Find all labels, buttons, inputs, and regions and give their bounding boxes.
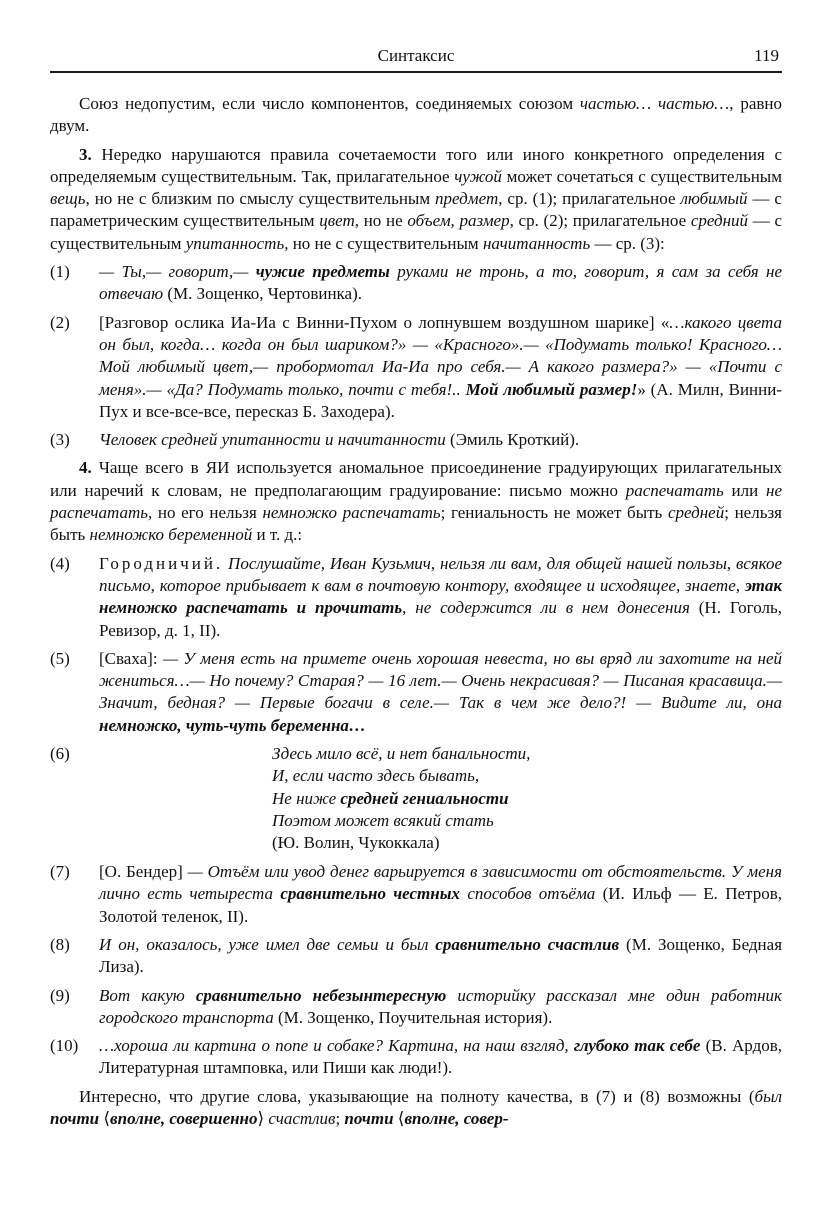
italic-term: частью… частью… [580,94,729,113]
italic-term: распечатать [626,481,724,500]
running-header: Синтаксис 119 [50,46,782,70]
highlight: почти [344,1109,393,1128]
example-number: (4) [50,553,70,575]
highlight: сравнительно счастлив [435,935,619,954]
italic-term: цвет [319,211,354,230]
italic-term: счастлив [268,1109,335,1128]
source: (Эмиль Кроткий). [446,430,579,449]
example-number: (10) [50,1035,78,1057]
paragraph-conjunction-note: Союз недопустим, если число компонентов,… [50,93,782,138]
text: ⟩ [258,1109,269,1128]
paragraph-closing: Интересно, что другие слова, указывающие… [50,1086,782,1131]
quote: , не содержится ли в нем донесения [402,598,690,617]
example-number: (2) [50,312,70,334]
page-body: Союз недопустим, если число компонентов,… [50,93,782,1136]
highlight: Мой любимый размер! [466,380,638,399]
highlight: сравнительно честных [280,884,460,903]
italic-term: средний [691,211,748,230]
speaker: Городничий. [99,554,223,573]
running-title: Синтаксис [50,46,782,66]
example-8: (8)И он, оказалось, уже имел две семьи и… [50,934,782,979]
highlight: чужие предметы [256,262,390,281]
quote: И он, оказалось, уже имел две семьи и бы… [99,935,435,954]
example-2: (2)[Разговор ослика Иа-Иа с Винни-Пухом … [50,312,782,423]
text: или [724,481,766,500]
text: , но его нельзя [148,503,262,522]
text: ; гениальность не может быть [441,503,668,522]
example-number: (6) [50,743,70,765]
poem-line: Не ниже [272,789,340,808]
highlight: сравнительно небезынтересную [196,986,446,1005]
poem-line: Здесь мило всё, и нет банальности, [272,744,530,763]
quote: — У меня есть на примете очень хорошая н… [99,649,782,713]
text: и т. д.: [252,525,302,544]
italic-term: объем, размер [407,211,509,230]
example-9: (9)Вот какую сравнительно небезынтересну… [50,985,782,1030]
example-number: (8) [50,934,70,956]
poem-line: Поэтом может всякий стать [272,811,494,830]
text: ⟨ [99,1109,110,1128]
example-4: (4)Городничий. Послушайте, Иван Кузьмич,… [50,553,782,642]
italic-term: любимый [680,189,747,208]
source: (М. Зощенко, Поучительная история). [274,1008,553,1027]
speaker: [Сваха]: [99,649,163,668]
example-10: (10)…хороша ли картина о попе и собаке? … [50,1035,782,1080]
italic-term: вещь [50,189,86,208]
italic-term: немножко распечатать [262,503,440,522]
example-number: (5) [50,648,70,670]
source: (Ю. Волин, Чукоккала) [272,833,440,852]
quote: Человек средней упитанности и начитаннос… [99,430,446,449]
example-7: (7)[О. Бендер] — Отъём или увод денег ва… [50,861,782,928]
example-number: (7) [50,861,70,883]
text: , ср. (2); прилагательное [510,211,691,230]
italic-term: начитанность [483,234,590,253]
italic-term: был [755,1087,782,1106]
text: , но не с близким по смыслу существитель… [86,189,436,208]
example-number: (3) [50,429,70,451]
text: ⟨ [394,1109,405,1128]
italic-term: средней [668,503,724,522]
text: Интересно, что другие слова, указывающие… [79,1087,755,1106]
text: , ср. (1); прилагательное [498,189,680,208]
italic-term: немножко беременной [90,525,253,544]
italic-term: чужой [454,167,502,186]
example-5: (5)[Сваха]: — У меня есть на примете оче… [50,648,782,737]
text: Союз недопустим, если число компонентов,… [79,94,580,113]
highlight: вполне, совер- [404,1109,508,1128]
example-6-poem: (6) Здесь мило всё, и нет банальности, И… [50,743,782,855]
italic-term: предмет [435,189,498,208]
quote: Вот какую [99,986,196,1005]
paragraph-point-3: 3. Нередко нарушаются правила сочетаемос… [50,144,782,255]
text: , но не [355,211,408,230]
context: [Разговор ослика Иа-Иа с Винни-Пухом о л… [99,313,669,332]
highlight: почти [50,1109,99,1128]
text: может сочетаться с существительным [502,167,782,186]
speaker: [О. Бендер] [99,862,188,881]
paragraph-point-4: 4. Чаще всего в ЯИ используется аномальн… [50,457,782,546]
poem-line: И, если часто здесь бывать, [272,766,479,785]
page-number: 119 [754,46,779,66]
quote: — Ты,— говорит,— [99,262,256,281]
example-number: (9) [50,985,70,1007]
highlight: глубоко так себе [574,1036,701,1055]
example-1: (1)— Ты,— говорит,— чужие предметы рукам… [50,261,782,306]
highlight: немножко, чуть-чуть беременна… [99,716,366,735]
point-number: 4. [79,458,92,477]
quote: …хороша ли картина о попе и собаке? Карт… [99,1036,574,1055]
example-number: (1) [50,261,70,283]
italic-term: упитанность [186,234,284,253]
source: (М. Зощенко, Чертовинка). [163,284,362,303]
quote: способов отъёма [460,884,595,903]
text: — ср. (3): [590,234,665,253]
highlight: вполне, совершенно [110,1109,257,1128]
example-3: (3)Человек средней упитанности и начитан… [50,429,782,451]
point-number: 3. [79,145,92,164]
text: , но не с существительным [284,234,483,253]
header-rule [50,71,782,73]
highlight: средней гениальности [340,789,508,808]
